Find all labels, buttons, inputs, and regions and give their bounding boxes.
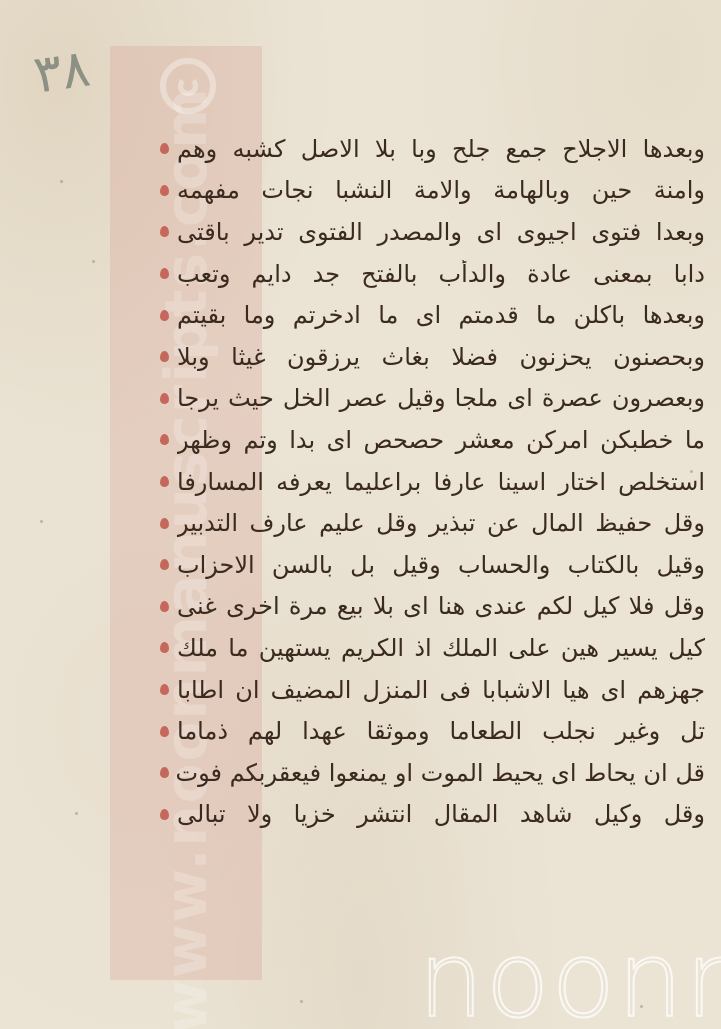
verse-marker-icon (160, 726, 169, 737)
line-text: وبعصرون عصرة اى ملجا وقيل عصر الخل حيث ي… (177, 384, 705, 412)
text-line: كيل يسير هين على الملك اذ الكريم يستهين … (160, 627, 705, 669)
verse-marker-icon (160, 642, 169, 653)
line-text: تل وغير نجلب الطعاما وموثقا عهدا لهم ذما… (177, 717, 705, 745)
verse-marker-icon (160, 684, 169, 695)
folio-number: ٣٨ (30, 38, 94, 105)
text-line: وقيل بالكتاب والحساب وقيل بل بالسن الاحز… (160, 544, 705, 586)
paper-speck (40, 520, 43, 523)
verse-marker-icon (160, 185, 169, 196)
manuscript-text: وبعدها الاجلاح جمع جلح وبا بلا الاصل كشب… (160, 128, 705, 835)
paper-speck (75, 812, 78, 815)
line-text: وبحصنون يحزنون فضلا بغاث يرزقون غيثا وبل… (177, 343, 705, 371)
verse-marker-icon (160, 310, 169, 321)
paper-speck (60, 180, 63, 183)
verse-marker-icon (160, 767, 169, 778)
text-line: وبعدها باكلن ما قدمتم اى ما ادخرتم وما ب… (160, 294, 705, 336)
line-text: قل ان يحاط اى يحيط الموت او يمنعوا فيعقر… (177, 759, 705, 787)
text-line: وبحصنون يحزنون فضلا بغاث يرزقون غيثا وبل… (160, 336, 705, 378)
verse-marker-icon (160, 809, 169, 820)
verse-marker-icon (160, 601, 169, 612)
line-text: ما خطبكن امركن معشر حصحص اى بدا وتم وظهر (177, 426, 705, 454)
verse-marker-icon (160, 351, 169, 362)
verse-marker-icon (160, 559, 169, 570)
line-text: وبعدها باكلن ما قدمتم اى ما ادخرتم وما ب… (177, 301, 705, 329)
verse-marker-icon (160, 518, 169, 529)
line-text: وبعدها الاجلاح جمع جلح وبا بلا الاصل كشب… (177, 135, 705, 163)
text-line: قل ان يحاط اى يحيط الموت او يمنعوا فيعقر… (160, 752, 705, 794)
line-text: وقيل بالكتاب والحساب وقيل بل بالسن الاحز… (177, 551, 705, 579)
watermark-bottom-text: noonm (418, 928, 721, 1029)
text-line: استخلص اختار اسينا عارفا براعليما يعرفه … (160, 461, 705, 503)
text-line: وامنة حين وبالهامة والامة النشبا نجات مف… (160, 170, 705, 212)
verse-marker-icon (160, 393, 169, 404)
text-line: تل وغير نجلب الطعاما وموثقا عهدا لهم ذما… (160, 710, 705, 752)
text-line: دابا بمعنى عادة والدأب بالفتح جد دايم وت… (160, 253, 705, 295)
verse-marker-icon (160, 143, 169, 154)
text-line: وبعدها الاجلاح جمع جلح وبا بلا الاصل كشب… (160, 128, 705, 170)
verse-marker-icon (160, 476, 169, 487)
verse-marker-icon (160, 268, 169, 279)
paper-speck (300, 1000, 303, 1003)
line-text: وقل فلا كيل لكم عندى هنا اى بلا بيع مرة … (177, 592, 705, 620)
text-line: وقل فلا كيل لكم عندى هنا اى بلا بيع مرة … (160, 586, 705, 628)
text-line: ما خطبكن امركن معشر حصحص اى بدا وتم وظهر (160, 419, 705, 461)
verse-marker-icon (160, 226, 169, 237)
line-text: وقل حفيظ المال عن تبذير وقل عليم عارف ال… (177, 509, 705, 537)
verse-marker-icon (160, 434, 169, 445)
line-text: استخلص اختار اسينا عارفا براعليما يعرفه … (177, 468, 705, 496)
line-text: جهزهم اى هيا الاشبابا فى المنزل المضيف ا… (177, 676, 705, 704)
text-line: وقل حفيظ المال عن تبذير وقل عليم عارف ال… (160, 502, 705, 544)
line-text: كيل يسير هين على الملك اذ الكريم يستهين … (177, 634, 705, 662)
line-text: وامنة حين وبالهامة والامة النشبا نجات مف… (177, 176, 705, 204)
line-text: دابا بمعنى عادة والدأب بالفتح جد دايم وت… (177, 260, 705, 288)
text-line: وبعدا فتوى اجيوى اى والمصدر الفتوى تدير … (160, 211, 705, 253)
text-line: جهزهم اى هيا الاشبابا فى المنزل المضيف ا… (160, 669, 705, 711)
text-line: وقل وكيل شاهد المقال انتشر خزيا ولا تبال… (160, 794, 705, 836)
text-line: وبعصرون عصرة اى ملجا وقيل عصر الخل حيث ي… (160, 378, 705, 420)
paper-speck (92, 260, 95, 263)
line-text: وقل وكيل شاهد المقال انتشر خزيا ولا تبال… (177, 800, 705, 828)
line-text: وبعدا فتوى اجيوى اى والمصدر الفتوى تدير … (177, 218, 705, 246)
